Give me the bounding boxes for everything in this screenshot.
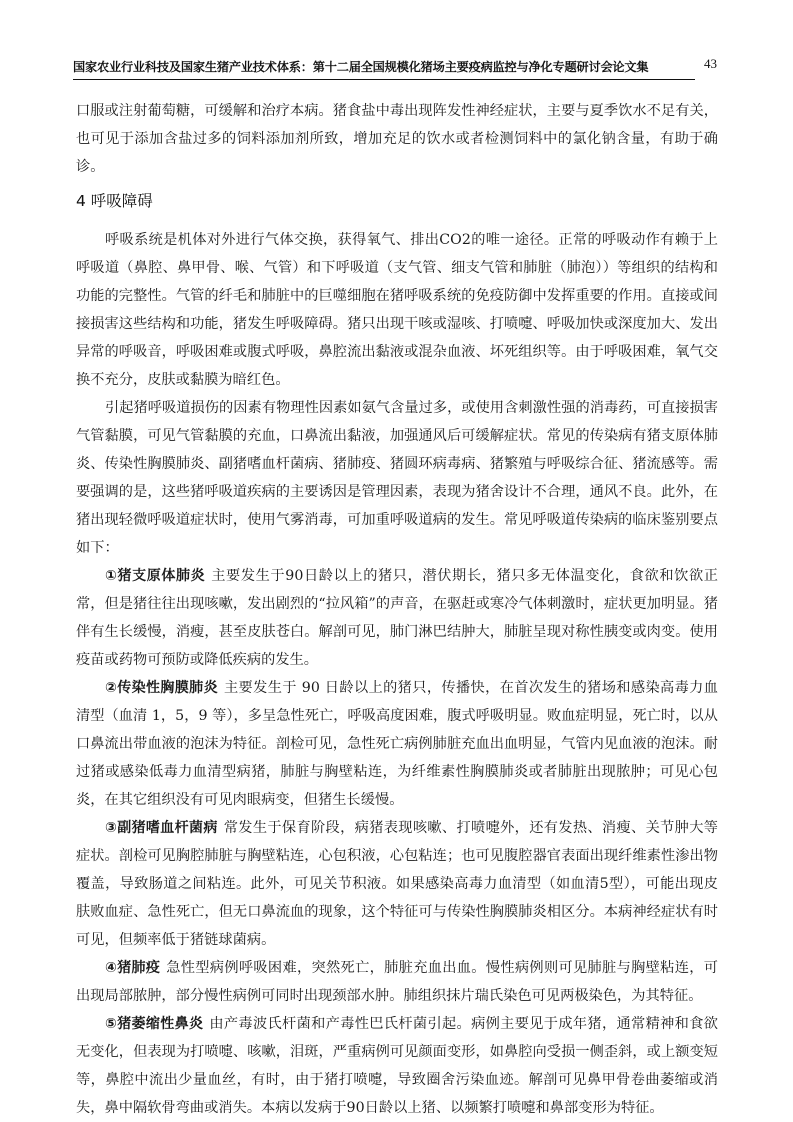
paragraph-causes: 引起猪呼吸道损伤的因素有物理性因素如氨气含量过多，或使用含刺激性强的消毒药，可直… <box>76 394 718 562</box>
disease-title: ⑤猪萎缩性鼻炎 <box>105 1016 203 1032</box>
disease-item-mycoplasma: ①猪支原体肺炎主要发生于90日龄以上的猪只，潜伏期长，猪只多无体温变化，食欲和饮… <box>76 562 718 674</box>
disease-description: 急性型病例呼吸困难，突然死亡，肺脏充血出血。慢性病例则可见肺脏与胸壁粘连，可出现… <box>76 960 718 1004</box>
disease-title: ②传染性胸膜肺炎 <box>105 680 218 696</box>
page-number: 43 <box>704 56 717 72</box>
paragraph-respiratory-system: 呼吸系统是机体对外进行气体交换，获得氧气、排出CO2的唯一途径。正常的呼吸动作有… <box>76 226 718 394</box>
disease-description: 常发生于保育阶段，病猪表现咳嗽、打喷嚏外，还有发热、消瘦、关节肿大等症状。剖检可… <box>76 820 718 948</box>
disease-item-pasteurellosis: ④猪肺疫急性型病例呼吸困难，突然死亡，肺脏充血出血。慢性病例则可见肺脏与胸壁粘连… <box>76 954 718 1010</box>
running-header: 国家农业行业科技及国家生猪产业技术体系：第十二届全国规模化猪场主要疫病监控与净化… <box>73 56 713 80</box>
continuation-paragraph: 口服或注射葡萄糖，可缓解和治疗本病。猪食盐中毒出现阵发性神经症状，主要与夏季饮水… <box>76 97 718 181</box>
disease-item-haemophilus: ③副猪嗜血杆菌病常发生于保育阶段，病猪表现咳嗽、打喷嚏外，还有发热、消瘦、关节肿… <box>76 814 718 954</box>
disease-title: ③副猪嗜血杆菌病 <box>105 820 218 836</box>
section-heading: 4 呼吸障碍 <box>76 188 718 214</box>
disease-description: 主要发生于 90 日龄以上的猪只，传播快，在首次发生的猪场和感染高毒力血清型（血… <box>76 680 718 808</box>
disease-title: ④猪肺疫 <box>105 960 160 976</box>
header-divider <box>73 79 695 80</box>
disease-item-atrophic-rhinitis: ⑤猪萎缩性鼻炎由产毒波氏杆菌和产毒性巴氏杆菌引起。病例主要见于成年猪，通常精神和… <box>76 1010 718 1122</box>
header-title: 国家农业行业科技及国家生猪产业技术体系：第十二届全国规模化猪场主要疫病监控与净化… <box>73 58 648 75</box>
page-body: 口服或注射葡萄糖，可缓解和治疗本病。猪食盐中毒出现阵发性神经症状，主要与夏季饮水… <box>76 97 718 1122</box>
disease-item-pleuropneumonia: ②传染性胸膜肺炎主要发生于 90 日龄以上的猪只，传播快，在首次发生的猪场和感染… <box>76 674 718 814</box>
disease-title: ①猪支原体肺炎 <box>105 568 205 584</box>
